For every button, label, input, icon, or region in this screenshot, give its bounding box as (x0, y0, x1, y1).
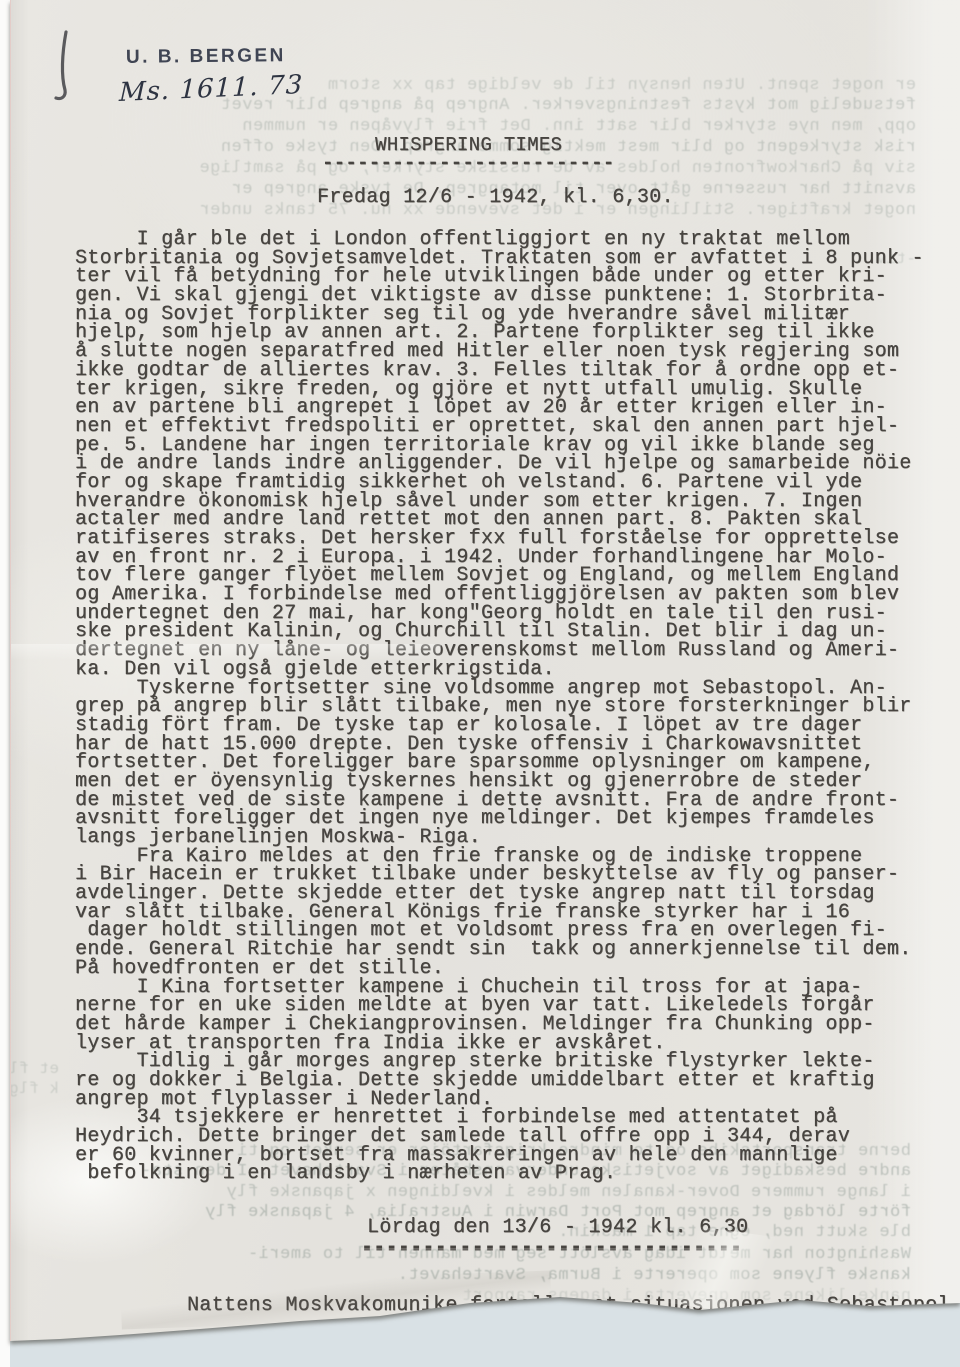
document-page: er noget spent. Uten hensyn til de veldi… (10, 0, 960, 1346)
scan-edge-strip (0, 0, 10, 1367)
footer-underline: ------------------------------- (361, 1236, 742, 1259)
bleedthrough-line: et fly (11, 1060, 59, 1078)
bleedthrough-line: k flg (11, 1080, 59, 1098)
scanner-background: er noget spent. Uten hensyn til de veldi… (0, 0, 960, 1367)
library-stamp: U. B. BERGEN (126, 45, 286, 69)
edition-dateline: Fredag 12/6 - 1942, kl. 6,30. (317, 186, 674, 209)
body-line: befolkning i en landsby i nærheten av Pr… (75, 1165, 924, 1184)
manuscript-number: Ms. 1611. 73 (119, 70, 304, 108)
paper-shadow-wrap: er noget spent. Uten hensyn til de veldi… (10, 0, 960, 1367)
article-body: I går ble det i London offentliggjort en… (75, 231, 924, 1184)
bleedthrough-line: kanske flyene som opererte i Burma, Svar… (91, 1266, 911, 1285)
title-underline: ------------------------- (322, 152, 615, 174)
pen-mark (51, 28, 75, 108)
continuation-line: Nattens Moskvakomunike forteller at situ… (187, 1294, 950, 1317)
bleedthrough-line: i lange rummere Dover-kanalen meldes i k… (91, 1183, 911, 1202)
